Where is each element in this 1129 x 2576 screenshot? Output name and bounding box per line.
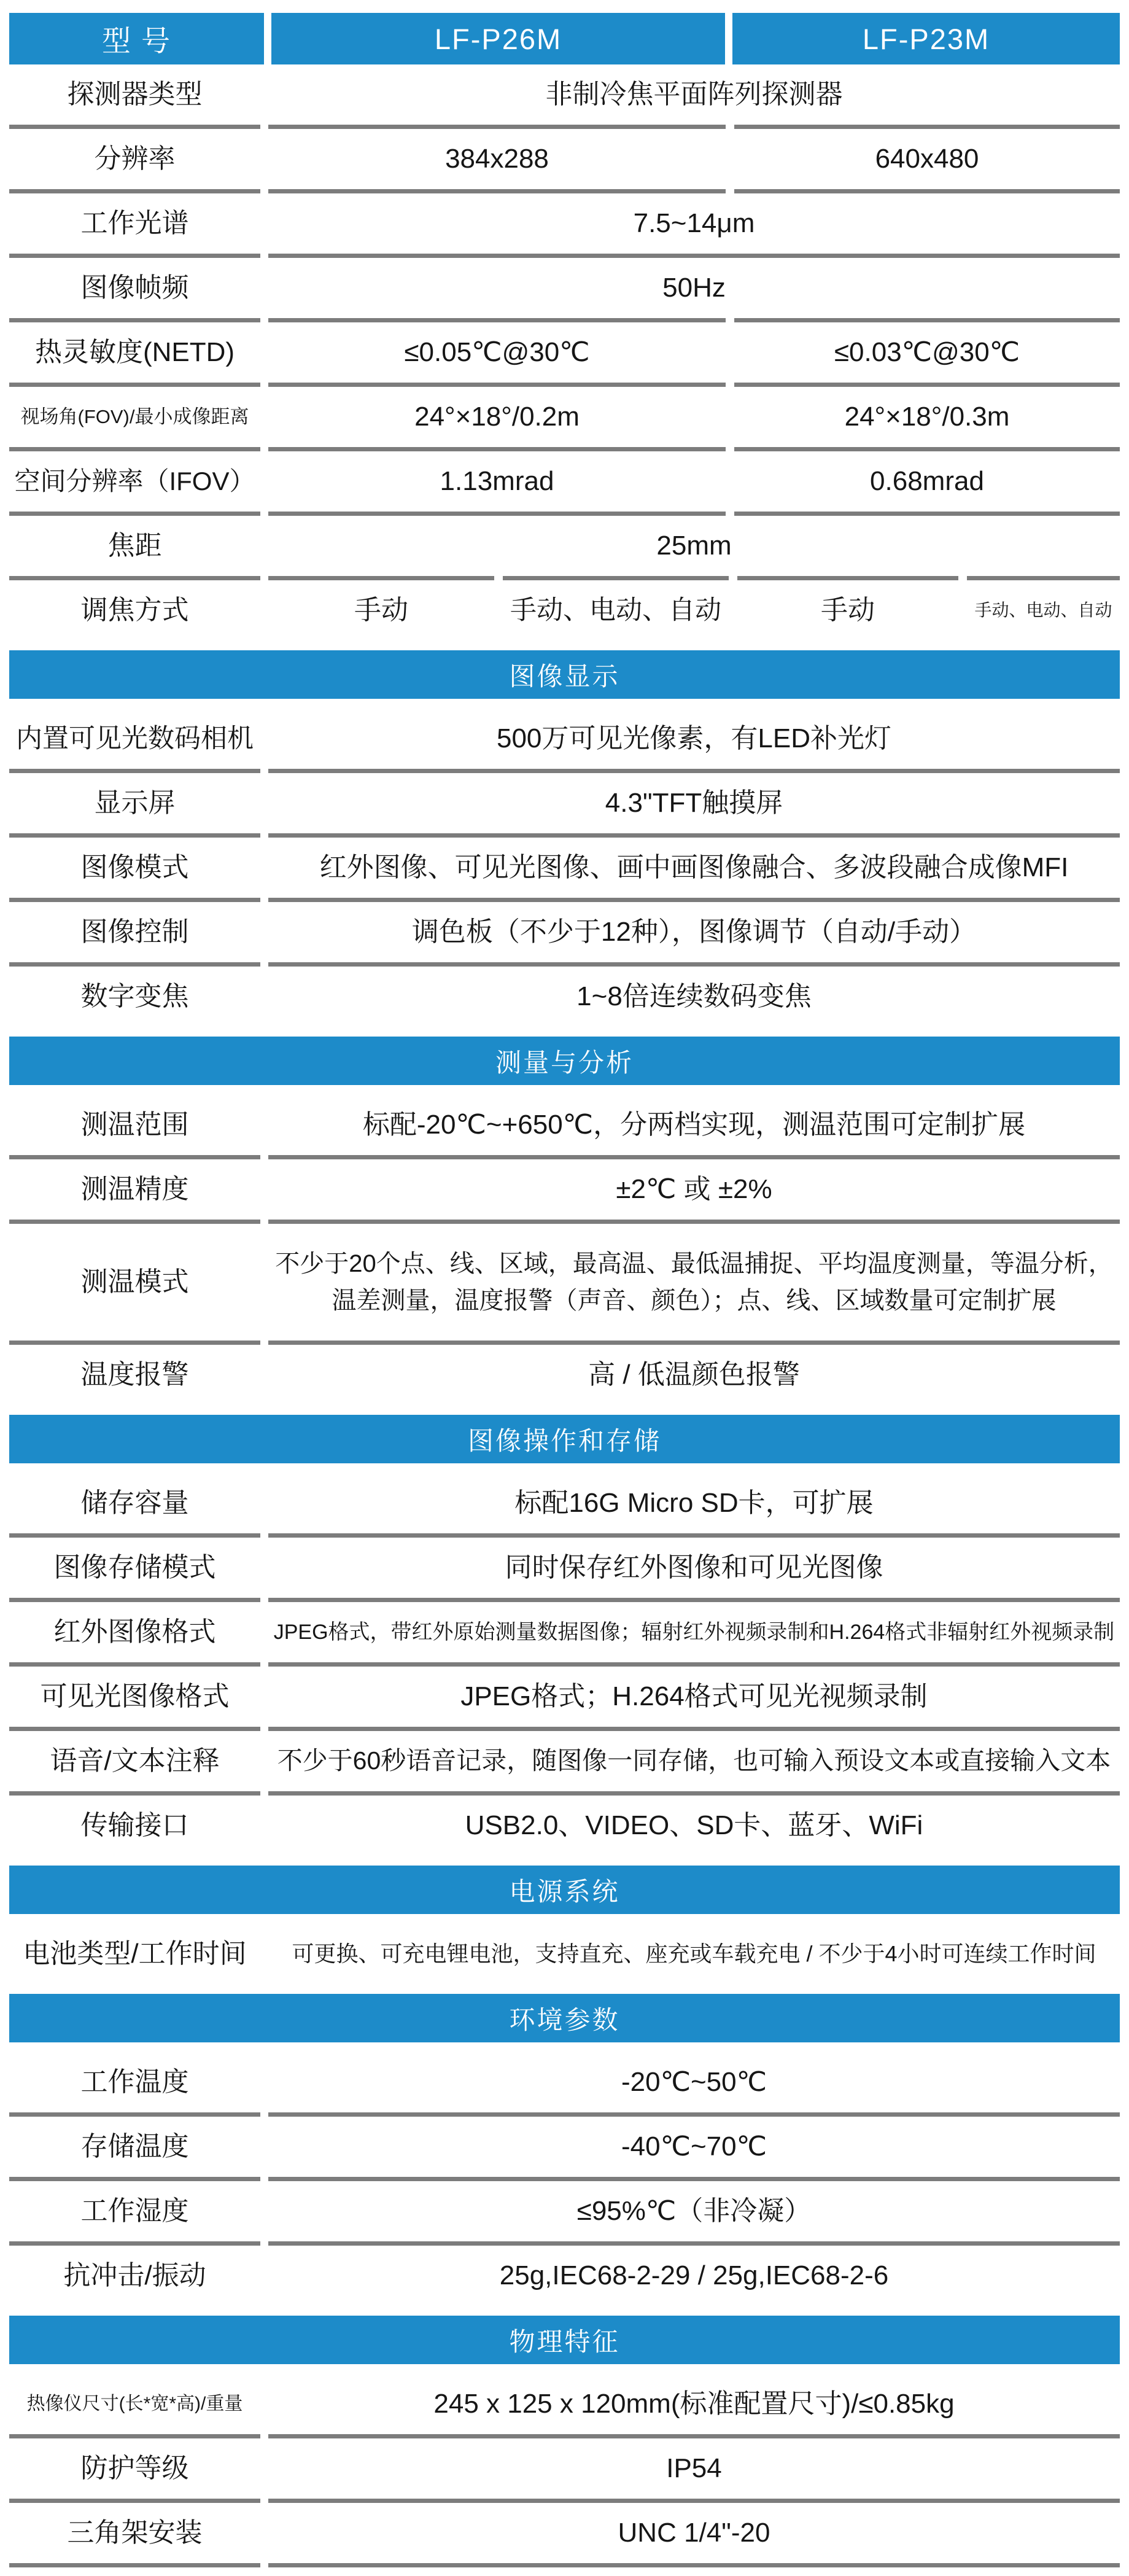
model-header-row: 型 号 LF-P26M LF-P23M (9, 13, 1120, 64)
section-title: 电源系统 (509, 1872, 619, 1909)
row-label: 内置可见光数码相机 (9, 709, 260, 769)
divider-segment (9, 1662, 260, 1667)
spec-row: 语音/文本注释不少于60秒语音记录，随图像一同存储，也可输入预设文本或直接输入文… (9, 1731, 1120, 1791)
divider-segment (268, 512, 726, 516)
spec-row: 图像存储模式同时保存红外图像和可见光图像 (9, 1538, 1120, 1598)
spec-row: 工作光谱7.5~14μm (9, 193, 1120, 254)
divider-segment (9, 1598, 260, 1602)
row-label: 三角架安装 (9, 2503, 260, 2563)
row-divider (9, 1220, 1120, 1224)
row-label: 测温范围 (9, 1095, 260, 1155)
row-value: 标配16G Micro SD卡，可扩展 (268, 1473, 1120, 1533)
row-label: 测温模式 (9, 1224, 260, 1341)
spec-row: 工作温度-20℃~50℃ (9, 2052, 1120, 2112)
row-value: 245 x 125 x 120mm(标准配置尺寸)/≤0.85kg (268, 2374, 1120, 2434)
section-title: 环境参数 (509, 2000, 619, 2037)
row-value: 7.5~14μm (268, 193, 1120, 254)
row-label: 调焦方式 (9, 580, 260, 640)
divider-segment (268, 125, 726, 129)
row-label: 探测器类型 (9, 64, 260, 125)
row-label: 温度报警 (9, 1345, 260, 1405)
spec-row: 焦距25mm (9, 516, 1120, 576)
section-title: 测量与分析 (495, 1043, 634, 1080)
divider-segment (734, 189, 1120, 193)
row-value: ≤0.03℃@30℃ (734, 322, 1120, 383)
divider-segment (268, 1791, 1120, 1796)
divider-segment (9, 189, 260, 193)
row-value: 手动 (268, 580, 494, 640)
spec-row: 测温模式不少于20个点、线、区域，最高温、最低温捕捉、平均温度测量，等温分析， … (9, 1224, 1120, 1341)
divider-segment (268, 2434, 1120, 2438)
row-label: 测温精度 (9, 1159, 260, 1220)
divider-segment (268, 2112, 1120, 2117)
row-value: IP54 (268, 2438, 1120, 2499)
row-divider (9, 769, 1120, 773)
divider-segment (268, 2241, 1120, 2246)
divider-segment (268, 189, 726, 193)
divider-segment (9, 1220, 260, 1224)
row-label: 抗冲击/振动 (9, 2246, 260, 2306)
spec-row: 存储温度-40℃~70℃ (9, 2117, 1120, 2177)
divider-segment (9, 318, 260, 322)
spec-row: 视场角(FOV)/最小成像距离24°×18°/0.2m24°×18°/0.3m (9, 387, 1120, 447)
row-divider (9, 2177, 1120, 2181)
spec-row: 调焦方式手动手动、电动、自动手动手动、电动、自动 (9, 580, 1120, 640)
spec-row: 温度报警高 / 低温颜色报警 (9, 1345, 1120, 1405)
row-value: 非制冷焦平面阵列探测器 (268, 64, 1120, 125)
divider-segment (9, 769, 260, 773)
divider-segment (734, 125, 1120, 129)
divider-segment (268, 1341, 1120, 1345)
row-label: 视场角(FOV)/最小成像距离 (9, 387, 260, 447)
spec-row: 可见光图像格式JPEG格式；H.264格式可见光视频录制 (9, 1667, 1120, 1727)
row-label: 空间分辨率（IFOV） (9, 451, 260, 512)
spec-row: 测温范围标配-20℃~+650℃，分两档实现，测温范围可定制扩展 (9, 1095, 1120, 1155)
spec-row: 三角架安装UNC 1/4"-20 (9, 2503, 1120, 2563)
divider-segment (268, 318, 726, 322)
divider-segment (268, 898, 1120, 902)
spec-row: 内置可见光数码相机500万可见光像素，有LED补光灯 (9, 709, 1120, 769)
row-value: 标配-20℃~+650℃，分两档实现，测温范围可定制扩展 (268, 1095, 1120, 1155)
row-value: USB2.0、VIDEO、SD卡、蓝牙、WiFi (268, 1796, 1120, 1856)
row-label: 分辨率 (9, 129, 260, 189)
divider-segment (9, 2499, 260, 2503)
row-divider (9, 898, 1120, 902)
spec-row: 数字变焦1~8倍连续数码变焦 (9, 967, 1120, 1027)
divider-segment (737, 576, 958, 580)
row-divider (9, 1155, 1120, 1159)
row-label: 工作温度 (9, 2052, 260, 2112)
row-value: 384x288 (268, 129, 726, 189)
row-divider (9, 254, 1120, 258)
row-value: 25g,IEC68-2-29 / 25g,IEC68-2-6 (268, 2246, 1120, 2306)
row-value: 1~8倍连续数码变焦 (268, 967, 1120, 1027)
spec-row: 电池类型/工作时间可更换、可充电锂电池，支持直充、座充或车载充电 / 不少于4小… (9, 1924, 1120, 1984)
row-label: 图像模式 (9, 838, 260, 898)
row-value: 1.13mrad (268, 451, 726, 512)
row-value: -40℃~70℃ (268, 2117, 1120, 2177)
spec-row: 红外图像格式JPEG格式，带红外原始测量数据图像；辐射红外视频录制和H.264格… (9, 1602, 1120, 1662)
row-value: 50Hz (268, 258, 1120, 318)
row-label: 语音/文本注释 (9, 1731, 260, 1791)
divider-segment (268, 1533, 1120, 1538)
spec-row: 图像模式红外图像、可见光图像、画中画图像融合、多波段融合成像MFI (9, 838, 1120, 898)
divider-segment (268, 1220, 1120, 1224)
row-divider (9, 512, 1120, 516)
row-value: 同时保存红外图像和可见光图像 (268, 1538, 1120, 1598)
row-value: UNC 1/4"-20 (268, 2503, 1120, 2563)
divider-segment (9, 1727, 260, 1731)
divider-segment (268, 1662, 1120, 1667)
spec-table: 探测器类型非制冷焦平面阵列探测器分辨率384x288640x480工作光谱7.5… (9, 64, 1120, 2567)
row-value: 高 / 低温颜色报警 (268, 1345, 1120, 1405)
row-divider (9, 1341, 1120, 1345)
row-divider (9, 1727, 1120, 1731)
divider-segment (9, 2563, 260, 2567)
row-divider (9, 125, 1120, 129)
spec-row: 显示屏4.3"TFT触摸屏 (9, 773, 1120, 833)
section-title: 物理特征 (509, 2322, 619, 2359)
row-label: 工作湿度 (9, 2181, 260, 2241)
row-divider (9, 2434, 1120, 2438)
divider-segment (268, 769, 1120, 773)
divider-segment (9, 962, 260, 967)
section-bar: 图像操作和存储 (9, 1415, 1120, 1463)
row-divider (9, 833, 1120, 838)
row-label: 传输接口 (9, 1796, 260, 1856)
row-value: 24°×18°/0.3m (734, 387, 1120, 447)
row-value: JPEG格式，带红外原始测量数据图像；辐射红外视频录制和H.264格式非辐射红外… (268, 1602, 1120, 1662)
divider-segment (734, 383, 1120, 387)
spec-row: 空间分辨率（IFOV）1.13mrad0.68mrad (9, 451, 1120, 512)
row-value: JPEG格式；H.264格式可见光视频录制 (268, 1667, 1120, 1727)
divider-segment (9, 2434, 260, 2438)
divider-segment (9, 512, 260, 516)
row-value: 可更换、可充电锂电池，支持直充、座充或车载充电 / 不少于4小时可连续工作时间 (268, 1924, 1120, 1984)
row-label: 可见光图像格式 (9, 1667, 260, 1727)
divider-segment (734, 447, 1120, 451)
row-divider (9, 1791, 1120, 1796)
divider-segment (268, 1727, 1120, 1731)
row-divider (9, 2563, 1120, 2567)
divider-segment (268, 2499, 1120, 2503)
spec-row: 探测器类型非制冷焦平面阵列探测器 (9, 64, 1120, 125)
spec-row: 防护等级IP54 (9, 2438, 1120, 2499)
divider-segment (268, 447, 726, 451)
divider-segment (9, 1791, 260, 1796)
row-value: 调色板（不少于12种），图像调节（自动/手动） (268, 902, 1120, 962)
row-value: 500万可见光像素，有LED补光灯 (268, 709, 1120, 769)
divider-segment (268, 962, 1120, 967)
spec-row: 测温精度±2℃ 或 ±2% (9, 1159, 1120, 1220)
row-divider (9, 1662, 1120, 1667)
divider-segment (268, 1155, 1120, 1159)
row-label: 工作光谱 (9, 193, 260, 254)
divider-segment (268, 254, 1120, 258)
row-divider (9, 318, 1120, 322)
section-bar: 环境参数 (9, 1994, 1120, 2042)
section-bar: 图像显示 (9, 650, 1120, 699)
spec-row: 工作湿度≤95%℃（非冷凝） (9, 2181, 1120, 2241)
spec-sheet: 型 号 LF-P26M LF-P23M 探测器类型非制冷焦平面阵列探测器分辨率3… (0, 0, 1129, 2574)
divider-segment (268, 576, 494, 580)
divider-segment (9, 576, 260, 580)
row-label: 图像帧频 (9, 258, 260, 318)
divider-segment (9, 125, 260, 129)
row-label: 电池类型/工作时间 (9, 1924, 260, 1984)
row-value: 640x480 (734, 129, 1120, 189)
divider-segment (9, 1533, 260, 1538)
divider-segment (9, 447, 260, 451)
row-label: 红外图像格式 (9, 1602, 260, 1662)
section-bar: 电源系统 (9, 1866, 1120, 1914)
row-divider (9, 2499, 1120, 2503)
row-divider (9, 2112, 1120, 2117)
row-label: 存储温度 (9, 2117, 260, 2177)
spec-row: 分辨率384x288640x480 (9, 129, 1120, 189)
row-label: 焦距 (9, 516, 260, 576)
row-value: 红外图像、可见光图像、画中画图像融合、多波段融合成像MFI (268, 838, 1120, 898)
row-divider (9, 1598, 1120, 1602)
row-label: 热灵敏度(NETD) (9, 322, 260, 383)
divider-segment (734, 318, 1120, 322)
row-label: 热像仪尺寸(长*宽*高)/重量 (9, 2374, 260, 2434)
row-value: 手动、电动、自动 (967, 580, 1120, 640)
section-title: 图像操作和存储 (468, 1421, 661, 1458)
model-header-model-2: LF-P23M (732, 13, 1120, 64)
spec-row: 图像控制调色板（不少于12种），图像调节（自动/手动） (9, 902, 1120, 962)
divider-segment (9, 2241, 260, 2246)
row-value: ≤95%℃（非冷凝） (268, 2181, 1120, 2241)
row-label: 数字变焦 (9, 967, 260, 1027)
divider-segment (268, 833, 1120, 838)
divider-segment (9, 2112, 260, 2117)
divider-segment (9, 383, 260, 387)
row-value: 手动 (737, 580, 958, 640)
section-bar: 物理特征 (9, 2316, 1120, 2364)
divider-segment (734, 512, 1120, 516)
divider-segment (9, 898, 260, 902)
spec-row: 图像帧频50Hz (9, 258, 1120, 318)
spec-row: 传输接口USB2.0、VIDEO、SD卡、蓝牙、WiFi (9, 1796, 1120, 1856)
divider-segment (9, 1155, 260, 1159)
divider-segment (967, 576, 1120, 580)
divider-segment (268, 2563, 1120, 2567)
row-label: 图像存储模式 (9, 1538, 260, 1598)
row-value: 25mm (268, 516, 1120, 576)
divider-segment (9, 254, 260, 258)
divider-segment (268, 2177, 1120, 2181)
row-divider (9, 2241, 1120, 2246)
row-value: 24°×18°/0.2m (268, 387, 726, 447)
spec-row: 抗冲击/振动25g,IEC68-2-29 / 25g,IEC68-2-6 (9, 2246, 1120, 2306)
row-label: 防护等级 (9, 2438, 260, 2499)
row-value: 4.3"TFT触摸屏 (268, 773, 1120, 833)
divider-segment (503, 576, 729, 580)
divider-segment (9, 2177, 260, 2181)
row-divider (9, 189, 1120, 193)
divider-segment (9, 833, 260, 838)
spec-row: 热灵敏度(NETD)≤0.05℃@30℃≤0.03℃@30℃ (9, 322, 1120, 383)
model-header-label: 型 号 (9, 13, 264, 64)
model-header-model-1: LF-P26M (271, 13, 725, 64)
row-value: 0.68mrad (734, 451, 1120, 512)
row-label: 显示屏 (9, 773, 260, 833)
row-value: -20℃~50℃ (268, 2052, 1120, 2112)
row-divider (9, 383, 1120, 387)
row-divider (9, 962, 1120, 967)
row-divider (9, 1533, 1120, 1538)
divider-segment (268, 383, 726, 387)
section-bar: 测量与分析 (9, 1037, 1120, 1085)
divider-segment (268, 1598, 1120, 1602)
section-title: 图像显示 (509, 656, 619, 693)
row-value: 不少于20个点、线、区域，最高温、最低温捕捉、平均温度测量，等温分析， 温差测量… (268, 1224, 1120, 1341)
spec-row: 储存容量标配16G Micro SD卡，可扩展 (9, 1473, 1120, 1533)
divider-segment (9, 1341, 260, 1345)
row-label: 图像控制 (9, 902, 260, 962)
row-value: ±2℃ 或 ±2% (268, 1159, 1120, 1220)
row-value: ≤0.05℃@30℃ (268, 322, 726, 383)
spec-row: 热像仪尺寸(长*宽*高)/重量245 x 125 x 120mm(标准配置尺寸)… (9, 2374, 1120, 2434)
row-value: 不少于60秒语音记录，随图像一同存储，也可输入预设文本或直接输入文本 (268, 1731, 1120, 1791)
row-value: 手动、电动、自动 (503, 580, 729, 640)
row-divider (9, 576, 1120, 580)
row-label: 储存容量 (9, 1473, 260, 1533)
row-divider (9, 447, 1120, 451)
